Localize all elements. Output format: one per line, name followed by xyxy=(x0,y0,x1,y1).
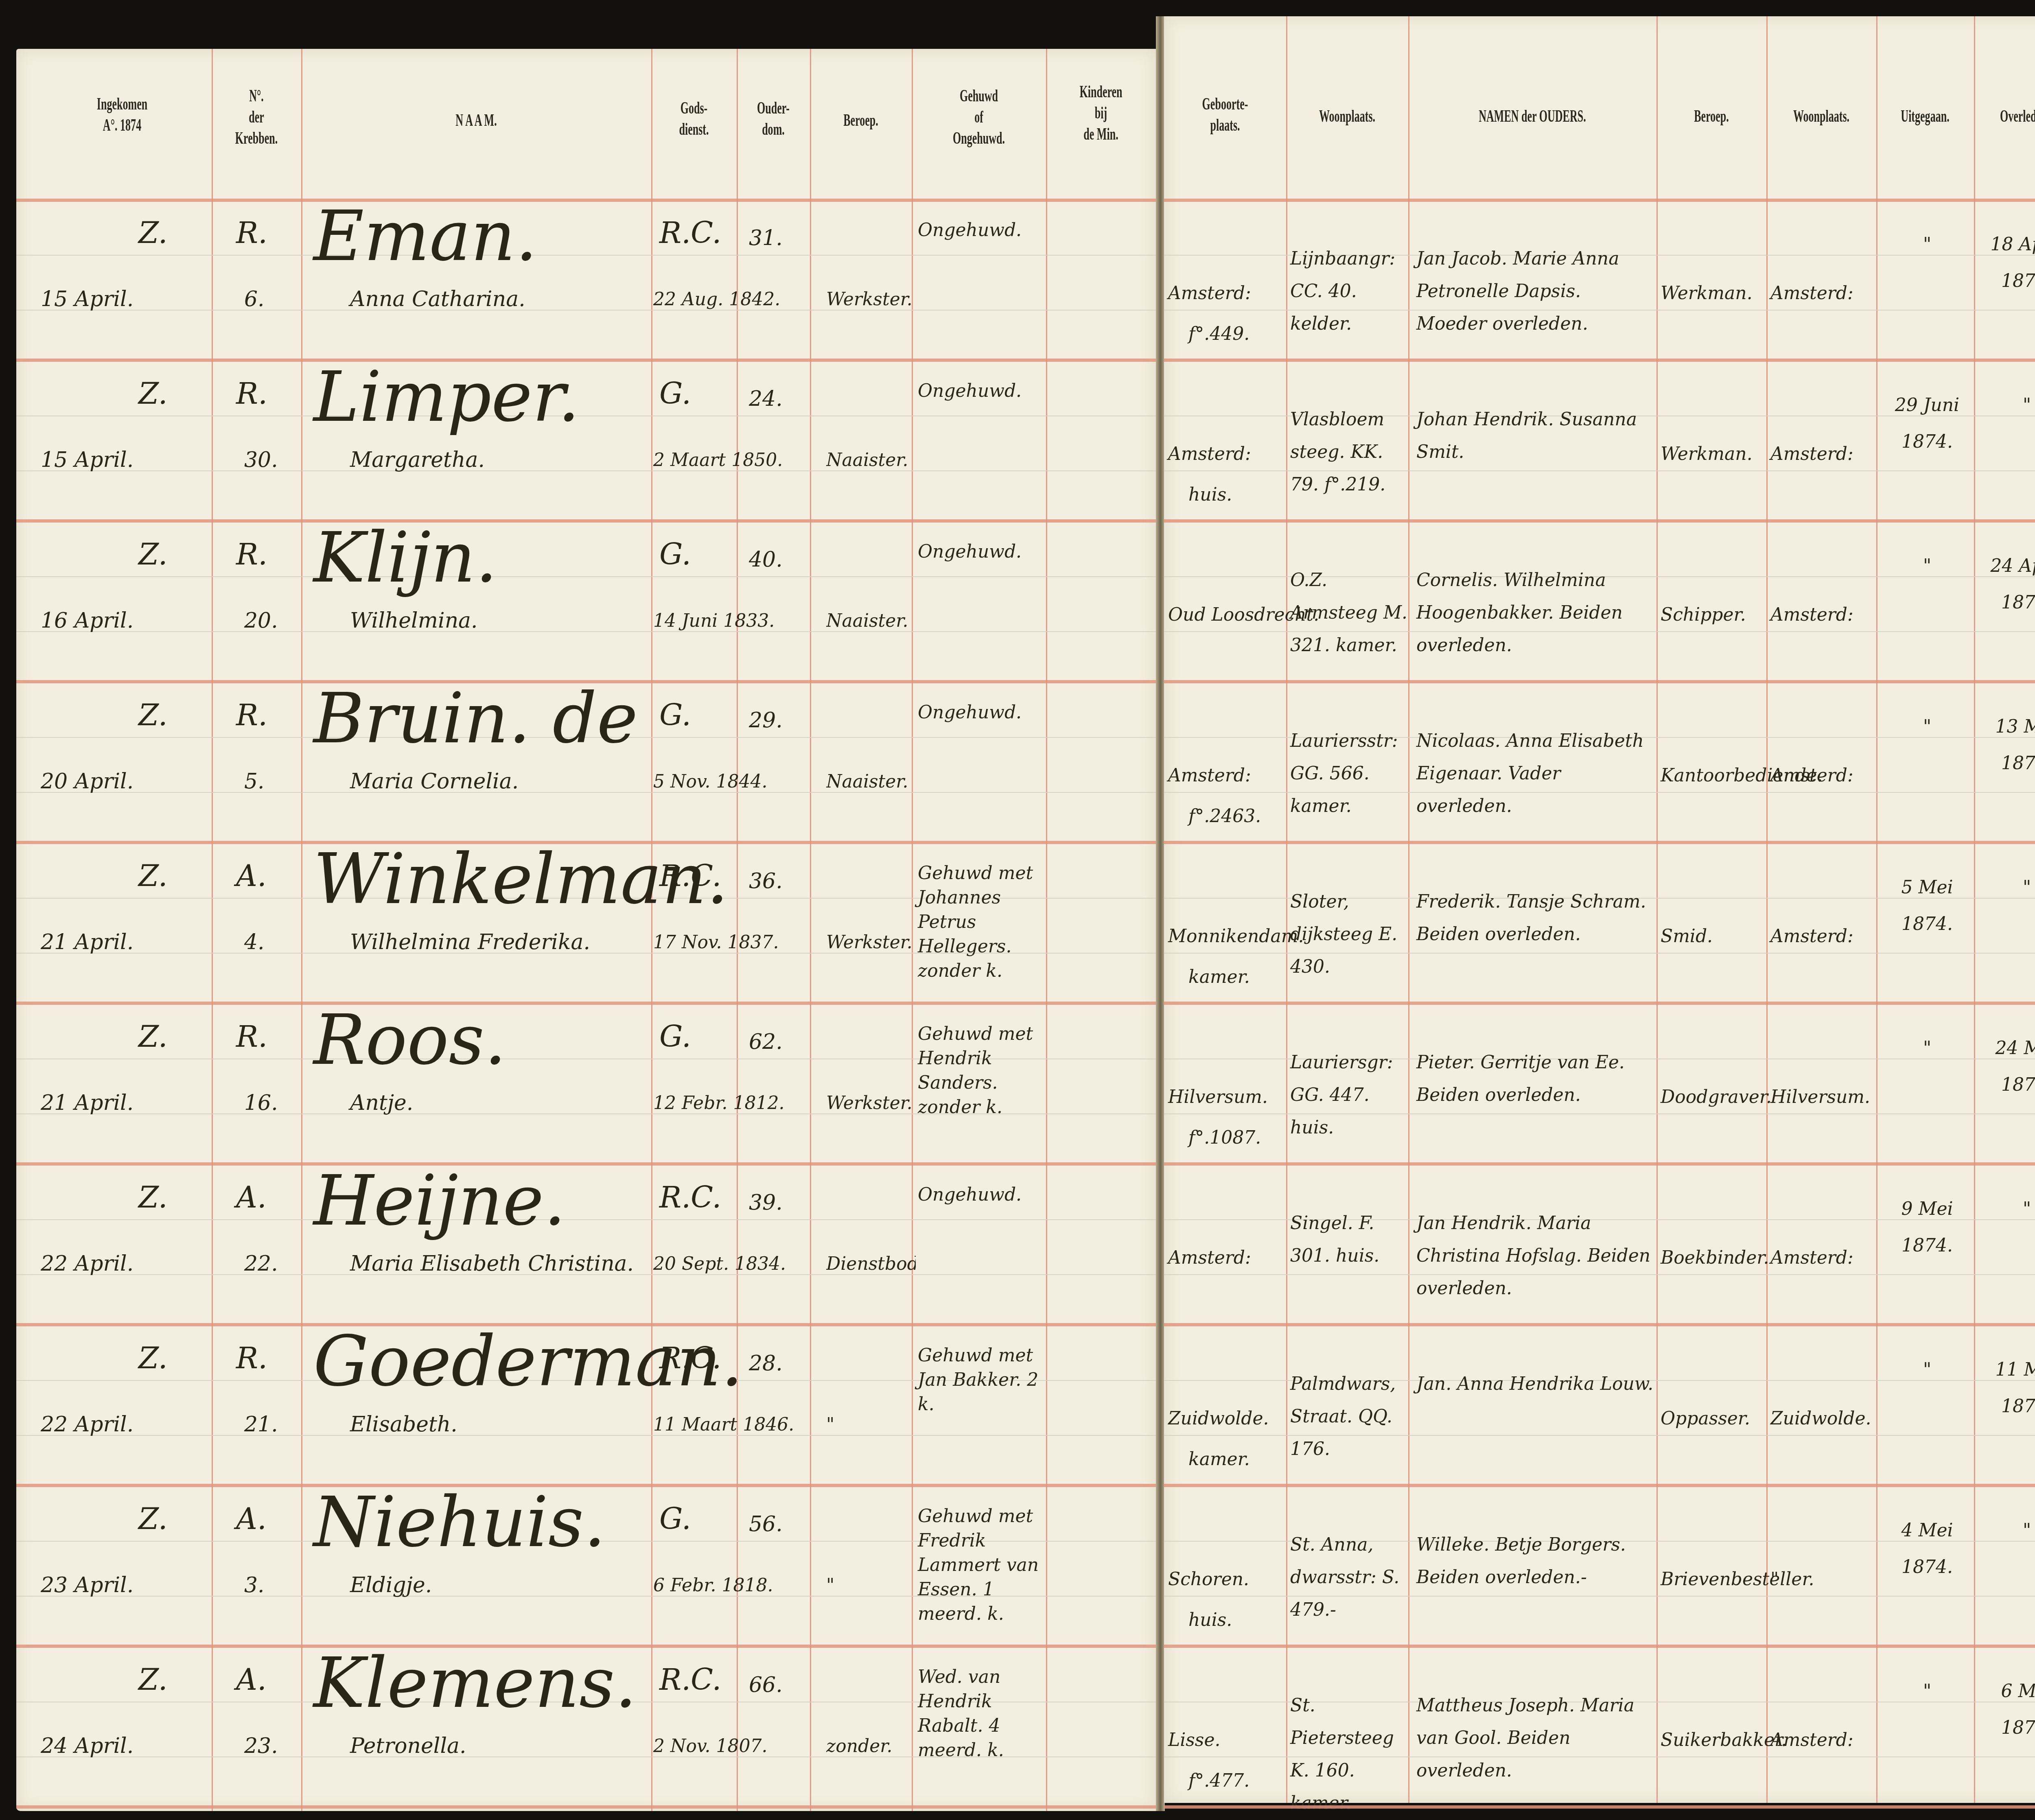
register-entry-right: Amsterd: f°.2463. Lauriersstr: GG. 566. … xyxy=(1164,684,2035,845)
parents-residence: Amsterd: xyxy=(1770,1730,1853,1750)
register-entry-right: Schoren. huis. St. Anna, dwarsstr: S. 47… xyxy=(1164,1488,2035,1649)
header-uitgegaan: Uitgegaan. xyxy=(1895,106,1956,127)
religion: G. xyxy=(659,379,691,408)
residence: St. Anna, dwarsstr: S. 479.- xyxy=(1290,1529,1408,1626)
parents-occupation: Oppasser. xyxy=(1661,1409,1766,1429)
birthplace-note: f°.449. xyxy=(1188,324,1249,344)
krebben-code: R. xyxy=(236,700,267,730)
parents-names: Jan. Anna Hendrika Louw. xyxy=(1416,1368,1656,1400)
death-date: 24 Mei 1874. xyxy=(1982,1030,2035,1103)
residence: Palmdwars, Straat. QQ. 176. xyxy=(1290,1368,1408,1466)
marital-status: Gehuwd met Jan Bakker. 2 k. xyxy=(918,1343,1044,1417)
surname: Limper. xyxy=(313,363,580,432)
row-rule xyxy=(1164,1484,2035,1487)
discharge-date: " xyxy=(1884,709,1970,745)
death-date: " xyxy=(1982,1512,2035,1549)
occupation: Naaister. xyxy=(826,772,908,792)
row-rule xyxy=(1164,1323,2035,1326)
header-ouderdom: Ouder- dom. xyxy=(751,98,796,140)
ward-code: Z. xyxy=(138,1343,168,1373)
ward-code: Z. xyxy=(138,1665,168,1694)
row-rule xyxy=(16,1805,1156,1809)
header-woonplaats-ouders: Woonplaats. xyxy=(1787,106,1855,127)
birthdate: 22 Aug. 1842. xyxy=(653,289,780,310)
admission-date: 22 April. xyxy=(41,1252,133,1275)
given-names: Antje. xyxy=(350,1091,413,1115)
birthdate: 11 Maart 1846. xyxy=(653,1415,794,1435)
parents-names: Willeke. Betje Borgers. Beiden overleden… xyxy=(1416,1529,1656,1594)
register-entry-right: Lisse. f°.477. St. Pietersteeg K. 160. k… xyxy=(1164,1649,2035,1809)
given-names: Petronella. xyxy=(350,1734,466,1758)
birthplace: Lisse. xyxy=(1168,1730,1220,1750)
admission-date: 16 April. xyxy=(41,609,133,632)
row-rule xyxy=(1164,359,2035,362)
discharge-date: 5 Mei 1874. xyxy=(1884,869,1970,943)
header-overleden: Overleden. xyxy=(1993,106,2035,127)
birthplace-note: kamer. xyxy=(1188,967,1250,987)
admission-date: 23 April. xyxy=(41,1573,133,1597)
parents-names: Nicolaas. Anna Elisabeth Eigenaar. Vader… xyxy=(1416,725,1656,822)
parents-names: Johan Hendrik. Susanna Smit. xyxy=(1416,403,1656,468)
surname: Roos. xyxy=(313,1006,506,1075)
birthplace-note: kamer. xyxy=(1188,1449,1250,1470)
birthdate: 6 Febr. 1818. xyxy=(653,1575,773,1596)
header-kinderen: Kinderen bij de Min. xyxy=(1067,81,1135,145)
admission-date: 15 April. xyxy=(41,448,133,472)
register-entry-right: Monnikendam. kamer. Sloter, dijksteeg E.… xyxy=(1164,845,2035,1006)
given-names: Maria Cornelia. xyxy=(350,770,519,793)
birthplace: Schoren. xyxy=(1168,1569,1249,1590)
marital-status: Wed. van Hendrik Rabalt. 4 meerd. k. xyxy=(918,1665,1044,1763)
religion: R.C. xyxy=(659,1183,722,1212)
birthdate: 17 Nov. 1837. xyxy=(653,932,779,953)
parents-residence: Amsterd: xyxy=(1770,926,1853,947)
birthplace: Amsterd: xyxy=(1168,1248,1251,1268)
krebben-code: A. xyxy=(236,1183,267,1212)
krebben-number: 16. xyxy=(244,1091,278,1115)
religion: R.C. xyxy=(659,1343,722,1373)
header-beroep-ouders: Beroep. xyxy=(1677,106,1745,127)
residence: Vlasbloem steeg. KK. 79. f°.219. xyxy=(1290,403,1408,501)
birthplace: Amsterd: xyxy=(1168,444,1251,464)
krebben-number: 22. xyxy=(244,1252,278,1275)
krebben-code: R. xyxy=(236,1022,267,1051)
parents-occupation: Schipper. xyxy=(1661,605,1766,625)
parents-occupation: Werkman. xyxy=(1661,283,1766,304)
krebben-number: 30. xyxy=(244,448,278,472)
birthplace-note: f°.2463. xyxy=(1188,806,1261,827)
krebben-code: R. xyxy=(236,379,267,408)
krebben-number: 21. xyxy=(244,1413,278,1436)
surname: Klemens. xyxy=(313,1649,637,1718)
death-date: 13 Mei 1874. xyxy=(1982,709,2035,782)
register-entry-left: Z. 22 April. R. 21. Goederman. Elisabeth… xyxy=(16,1327,1156,1488)
ward-code: Z. xyxy=(138,861,168,890)
register-entry-left: Z. 20 April. R. 5. Bruin. de Maria Corne… xyxy=(16,684,1156,845)
death-date: 6 Mei 1874. xyxy=(1982,1673,2035,1746)
surname: Niehuis. xyxy=(313,1488,606,1557)
death-date: 18 April 1874. xyxy=(1982,226,2035,300)
marital-status: Ongehuwd. xyxy=(918,379,1044,403)
row-rule xyxy=(1164,680,2035,683)
surname: Heijne. xyxy=(313,1166,566,1236)
register-entry-left: Z. 21 April. R. 16. Roos. Antje. G. 62. … xyxy=(16,1006,1156,1166)
header-beroep: Beroep. xyxy=(829,110,893,131)
krebben-number: 3. xyxy=(244,1573,265,1597)
register-entry-left: Z. 21 April. A. 4. Winkelman. Wilhelmina… xyxy=(16,845,1156,1006)
parents-residence: Amsterd: xyxy=(1770,766,1853,786)
krebben-number: 4. xyxy=(244,930,265,954)
register-entry-right: Oud Loosdrecht. O.Z. Armsteeg M. 321. ka… xyxy=(1164,523,2035,684)
ward-code: Z. xyxy=(138,379,168,408)
header-ingekomen: Ingekomen A°. 1874 xyxy=(67,94,178,136)
marital-status: Ongehuwd. xyxy=(918,540,1044,564)
birthplace: Amsterd: xyxy=(1168,766,1251,786)
header-geboorteplaats: Geboorte- plaats. xyxy=(1187,94,1263,136)
occupation: Werkster. xyxy=(826,289,912,310)
admission-date: 15 April. xyxy=(41,287,133,311)
age: 24. xyxy=(749,387,783,411)
parents-residence: Amsterd: xyxy=(1770,605,1853,625)
given-names: Eldigje. xyxy=(350,1573,432,1597)
row-rule xyxy=(16,519,1156,523)
birthdate: 14 Juni 1833. xyxy=(653,611,775,631)
parents-names: Jan Hendrik. Maria Christina Hofslag. Be… xyxy=(1416,1207,1656,1305)
register-entry-right: Amsterd: f°.449. Lijnbaangr: CC. 40. kel… xyxy=(1164,202,2035,363)
religion: G. xyxy=(659,540,691,569)
header-rule xyxy=(1164,199,2035,202)
parents-occupation: Werkman. xyxy=(1661,444,1766,464)
surname: Bruin. de xyxy=(313,684,638,753)
parents-names: Frederik. Tansje Schram. Beiden overlede… xyxy=(1416,886,1656,951)
row-rule xyxy=(1164,841,2035,844)
given-names: Wilhelmina. xyxy=(350,609,478,632)
ward-code: Z. xyxy=(138,700,168,730)
row-rule xyxy=(16,359,1156,362)
residence: Sloter, dijksteeg E. 430. xyxy=(1290,886,1408,983)
residence: Lijnbaangr: CC. 40. kelder. xyxy=(1290,243,1408,340)
discharge-date: " xyxy=(1884,1030,1970,1067)
ward-code: Z. xyxy=(138,218,168,247)
given-names: Elisabeth. xyxy=(350,1413,457,1436)
religion: R.C. xyxy=(659,1665,722,1694)
marital-status: Ongehuwd. xyxy=(918,1183,1044,1207)
header-godsdienst: Gods- dienst. xyxy=(667,98,720,140)
register-entry-left: Z. 15 April. R. 6. Eman. Anna Catharina.… xyxy=(16,202,1156,363)
krebben-number: 23. xyxy=(244,1734,278,1758)
header-naam: N A A M. xyxy=(368,110,584,131)
parents-occupation: Doodgraver. xyxy=(1661,1087,1766,1107)
occupation: Werkster. xyxy=(826,1093,912,1113)
discharge-date: 9 Mei 1874. xyxy=(1884,1191,1970,1264)
row-rule xyxy=(16,1002,1156,1005)
parents-names: Jan Jacob. Marie Anna Petronelle Dapsis.… xyxy=(1416,243,1656,340)
krebben-code: A. xyxy=(236,1665,267,1694)
surname: Eman. xyxy=(313,202,537,271)
age: 62. xyxy=(749,1030,783,1054)
birthdate: 12 Febr. 1812. xyxy=(653,1093,784,1113)
ward-code: Z. xyxy=(138,540,168,569)
age: 39. xyxy=(749,1191,783,1214)
row-rule xyxy=(1164,1645,2035,1648)
discharge-date: " xyxy=(1884,1352,1970,1388)
krebben-number: 5. xyxy=(244,770,265,793)
age: 40. xyxy=(749,548,783,571)
surname: Klijn. xyxy=(313,523,497,593)
birthdate: 2 Nov. 1807. xyxy=(653,1736,768,1757)
admission-date: 22 April. xyxy=(41,1413,133,1436)
admission-date: 21 April. xyxy=(41,930,133,954)
age: 36. xyxy=(749,869,783,893)
given-names: Wilhelmina Frederika. xyxy=(350,930,590,954)
given-names: Maria Elisabeth Christina. xyxy=(350,1252,634,1275)
given-names: Anna Catharina. xyxy=(350,287,525,311)
religion: G. xyxy=(659,700,691,730)
header-gehuwd: Gehuwd of Ongehuwd. xyxy=(937,85,1021,149)
register-entry-left: Z. 22 April. A. 22. Heijne. Maria Elisab… xyxy=(16,1166,1156,1327)
residence: Singel. F. 301. huis. xyxy=(1290,1207,1408,1272)
death-date: " xyxy=(1982,869,2035,906)
occupation: " xyxy=(826,1415,834,1435)
parents-occupation: Smid. xyxy=(1661,926,1766,947)
parents-residence: Zuidwolde. xyxy=(1770,1409,1871,1429)
death-date: " xyxy=(1982,1191,2035,1227)
row-rule xyxy=(1164,1002,2035,1005)
krebben-number: 6. xyxy=(244,287,265,311)
age: 29. xyxy=(749,709,783,732)
age: 56. xyxy=(749,1512,783,1536)
ward-code: Z. xyxy=(138,1183,168,1212)
birthdate: 2 Maart 1850. xyxy=(653,450,783,470)
right-page: 21. Geboorte- plaats. Woonplaats. NAMEN … xyxy=(1164,16,2035,1803)
marital-status: Ongehuwd. xyxy=(918,218,1044,243)
register-entry-right: Zuidwolde. kamer. Palmdwars, Straat. QQ.… xyxy=(1164,1327,2035,1488)
occupation: zonder. xyxy=(826,1736,892,1757)
krebben-code: R. xyxy=(236,1343,267,1373)
birthplace-note: huis. xyxy=(1188,485,1232,505)
birthplace-note: f°.1087. xyxy=(1188,1128,1261,1148)
admission-date: 21 April. xyxy=(41,1091,133,1115)
admission-date: 24 April. xyxy=(41,1734,133,1758)
parents-names: Pieter. Gerritje van Ee. Beiden overlede… xyxy=(1416,1046,1656,1111)
left-page: Ingekomen A°. 1874 N°. der Krebben. N A … xyxy=(16,49,1156,1811)
given-names: Margaretha. xyxy=(350,448,485,472)
parents-residence: Amsterd: xyxy=(1770,1248,1853,1268)
parents-occupation: Boekbinder. xyxy=(1661,1248,1766,1268)
death-date: 11 Mei 1874. xyxy=(1982,1352,2035,1425)
krebben-code: A. xyxy=(236,1504,267,1533)
register-entry-left: Z. 23 April. A. 3. Niehuis. Eldigje. G. … xyxy=(16,1488,1156,1649)
discharge-date: 29 Juni 1874. xyxy=(1884,387,1970,460)
krebben-code: A. xyxy=(236,861,267,890)
religion: R.C. xyxy=(659,218,722,247)
parents-residence: Hilversum. xyxy=(1770,1087,1870,1107)
birthplace: Zuidwolde. xyxy=(1168,1409,1269,1429)
header-krebben: N°. der Krebben. xyxy=(229,85,284,149)
register-book: Ingekomen A°. 1874 N°. der Krebben. N A … xyxy=(0,0,2035,1820)
parents-residence: Amsterd: xyxy=(1770,283,1853,304)
residence: St. Pietersteeg K. 160. kamer. xyxy=(1290,1689,1408,1820)
religion: R.C. xyxy=(659,861,722,890)
row-rule xyxy=(1164,519,2035,523)
parents-names: Cornelis. Wilhelmina Hoogenbakker. Beide… xyxy=(1416,564,1656,662)
birthplace-note: huis. xyxy=(1188,1610,1232,1630)
occupation: " xyxy=(826,1575,834,1596)
age: 66. xyxy=(749,1673,783,1697)
krebben-code: R. xyxy=(236,218,267,247)
admission-date: 20 April. xyxy=(41,770,133,793)
krebben-code: R. xyxy=(236,540,267,569)
parents-residence: Amsterd: xyxy=(1770,444,1853,464)
parents-occupation: Kantoorbediende. xyxy=(1661,766,1766,786)
marital-status: Gehuwd met Fredrik Lammert van Essen. 1 … xyxy=(918,1504,1044,1626)
birthplace: Amsterd: xyxy=(1168,283,1251,304)
religion: G. xyxy=(659,1504,691,1533)
register-entry-left: Z. 16 April. R. 20. Klijn. Wilhelmina. G… xyxy=(16,523,1156,684)
header-rule xyxy=(16,199,1156,202)
register-entry-left: Z. 15 April. R. 30. Limper. Margaretha. … xyxy=(16,363,1156,523)
marital-status: Gehuwd met Hendrik Sanders. zonder k. xyxy=(918,1022,1044,1120)
birthplace: Hilversum. xyxy=(1168,1087,1268,1107)
ward-code: Z. xyxy=(138,1022,168,1051)
residence: O.Z. Armsteeg M. 321. kamer. xyxy=(1290,564,1408,662)
marital-status: Ongehuwd. xyxy=(918,700,1044,725)
age: 31. xyxy=(749,226,783,250)
age: 28. xyxy=(749,1352,783,1375)
header-namen-ouders: NAMEN der OUDERS. xyxy=(1455,106,1609,127)
occupation: Dienstbode. xyxy=(826,1254,916,1274)
discharge-date: 4 Mei 1874. xyxy=(1884,1512,1970,1586)
register-entry-left: Z. 24 April. A. 23. Klemens. Petronella.… xyxy=(16,1649,1156,1809)
occupation: Werkster. xyxy=(826,932,912,953)
row-rule xyxy=(1164,1805,2035,1809)
discharge-date: " xyxy=(1884,1673,1970,1710)
birthdate: 20 Sept. 1834. xyxy=(653,1254,786,1274)
religion: G. xyxy=(659,1022,691,1051)
residence: Lauriersgr: GG. 447. huis. xyxy=(1290,1046,1408,1144)
birthplace-note: f°.477. xyxy=(1188,1771,1249,1791)
parents-occupation: Brievenbesteller. xyxy=(1661,1569,1766,1590)
register-entry-right: Hilversum. f°.1087. Lauriersgr: GG. 447.… xyxy=(1164,1006,2035,1166)
register-entry-right: Amsterd: huis. Vlasbloem steeg. KK. 79. … xyxy=(1164,363,2035,523)
parents-residence: " xyxy=(1770,1569,1779,1590)
marital-status: Gehuwd met Johannes Petrus Hellegers. zo… xyxy=(918,861,1044,983)
row-rule xyxy=(1164,1162,2035,1166)
occupation: Naaister. xyxy=(826,450,908,470)
parents-names: Mattheus Joseph. Maria van Gool. Beiden … xyxy=(1416,1689,1656,1787)
residence: Lauriersstr: GG. 566. kamer. xyxy=(1290,725,1408,822)
row-rule xyxy=(16,1162,1156,1166)
birthplace: Monnikendam. xyxy=(1168,926,1304,947)
krebben-number: 20. xyxy=(244,609,278,632)
death-date: " xyxy=(1982,387,2035,424)
header-woonplaats: Woonplaats. xyxy=(1309,106,1385,127)
ward-code: Z. xyxy=(138,1504,168,1533)
book-gutter xyxy=(1156,16,1165,1811)
parents-occupation: Suikerbakker. xyxy=(1661,1730,1766,1750)
register-entry-right: Amsterd: Singel. F. 301. huis. Jan Hendr… xyxy=(1164,1166,2035,1327)
discharge-date: " xyxy=(1884,548,1970,584)
death-date: 24 April 1874. xyxy=(1982,548,2035,621)
discharge-date: " xyxy=(1884,226,1970,263)
birthdate: 5 Nov. 1844. xyxy=(653,772,768,792)
occupation: Naaister. xyxy=(826,611,908,631)
